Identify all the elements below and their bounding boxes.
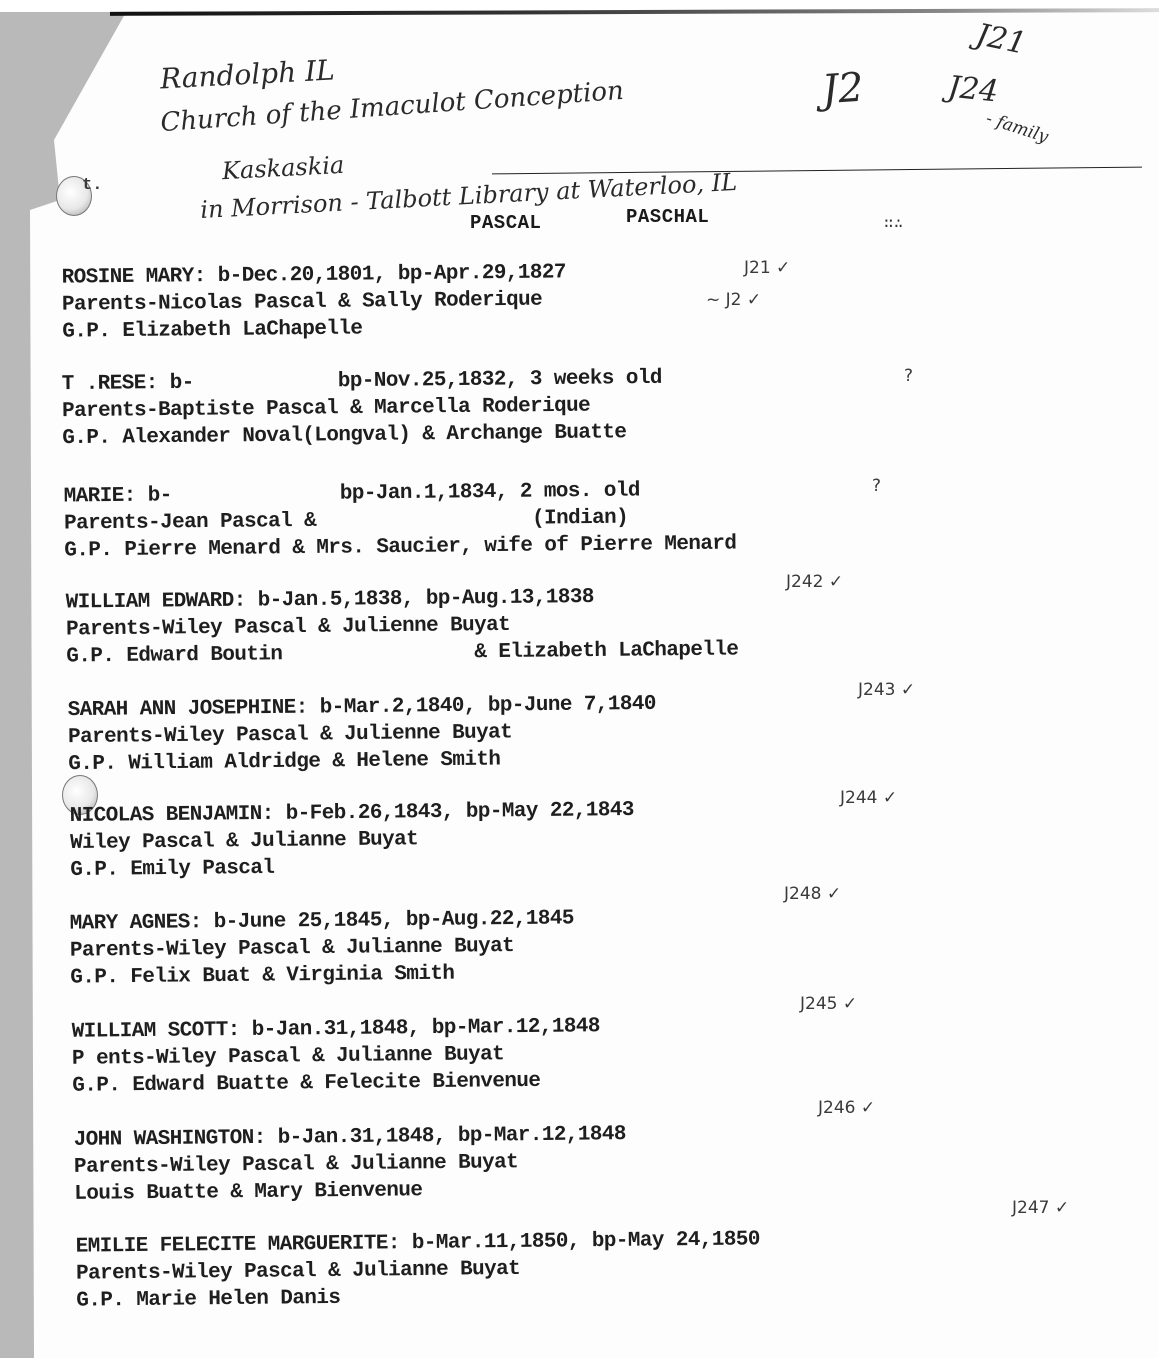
handwritten-ref: ? — [872, 476, 881, 496]
entry-name-dates: JOHN WASHINGTON: b-Jan.31,1848, bp-Mar.1… — [74, 1121, 626, 1154]
baptism-entry: EMILIE FELECITE MARGUERITE: b-Mar.11,185… — [76, 1226, 761, 1314]
margin-fragment: t. — [82, 176, 102, 195]
entry-godparents: G.P. Felix Buat & Virginia Smith — [70, 959, 574, 991]
handwritten-ref: J248 ✓ — [784, 884, 841, 904]
baptism-entry: MARY AGNES: b-June 25,1845, bp-Aug.22,18… — [70, 905, 575, 991]
surname-heading-alt: PASCHAL — [626, 206, 709, 228]
handwritten-ref: J21 ✓ — [744, 258, 790, 278]
baptism-entry: WILLIAM SCOTT: b-Jan.31,1848, bp-Mar.12,… — [72, 1013, 601, 1100]
baptism-entry: ROSINE MARY: b-Dec.20,1801, bp-Apr.29,18… — [62, 259, 567, 345]
baptism-entry: NICOLAS BENJAMIN: b-Feb.26,1843, bp-May … — [70, 797, 635, 884]
entry-godparents: G.P. Edward Buatte & Felecite Bienvenue — [72, 1067, 600, 1100]
entry-godparents: Louis Buatte & Mary Bienvenue — [74, 1175, 626, 1208]
entry-name-dates: WILLIAM SCOTT: b-Jan.31,1848, bp-Mar.12,… — [72, 1013, 600, 1046]
entry-parents: Parents-Wiley Pascal & Julianne Buyat — [70, 932, 574, 964]
baptism-entry: T .RESE: b- bp-Nov.25,1832, 3 weeks old … — [62, 365, 663, 452]
handwritten-ref: J245 ✓ — [800, 994, 857, 1014]
handwritten-ref: J247 ✓ — [1012, 1198, 1069, 1218]
baptism-entry: MARIE: b- bp-Jan.1,1834, 2 mos. old Pare… — [64, 476, 737, 564]
handwritten-code: J24 — [946, 69, 1000, 109]
handwritten-ref: J246 ✓ — [818, 1098, 875, 1118]
surname-heading: PASCAL — [470, 212, 541, 234]
handwritten-code: J2 — [820, 65, 865, 114]
baptism-entry: JOHN WASHINGTON: b-Jan.31,1848, bp-Mar.1… — [74, 1121, 627, 1208]
handwritten-ref: J244 ✓ — [840, 788, 897, 808]
stamp-mark: ∷∴ — [884, 214, 904, 232]
entry-godparents: G.P. Elizabeth LaChapelle — [62, 313, 566, 345]
handwritten-ref: ? — [904, 366, 913, 386]
baptism-entry: SARAH ANN JOSEPHINE: b-Mar.2,1840, bp-Ju… — [68, 691, 657, 778]
handwritten-ref: ~ J2 ✓ — [706, 290, 761, 310]
handwritten-ref: J242 ✓ — [786, 572, 843, 592]
baptism-entry: WILLIAM EDWARD: b-Jan.5,1838, bp-Aug.13,… — [66, 582, 739, 670]
handwritten-ref: J243 ✓ — [858, 680, 915, 700]
entry-parents: Parents-Nicolas Pascal & Sally Roderique — [62, 286, 566, 318]
